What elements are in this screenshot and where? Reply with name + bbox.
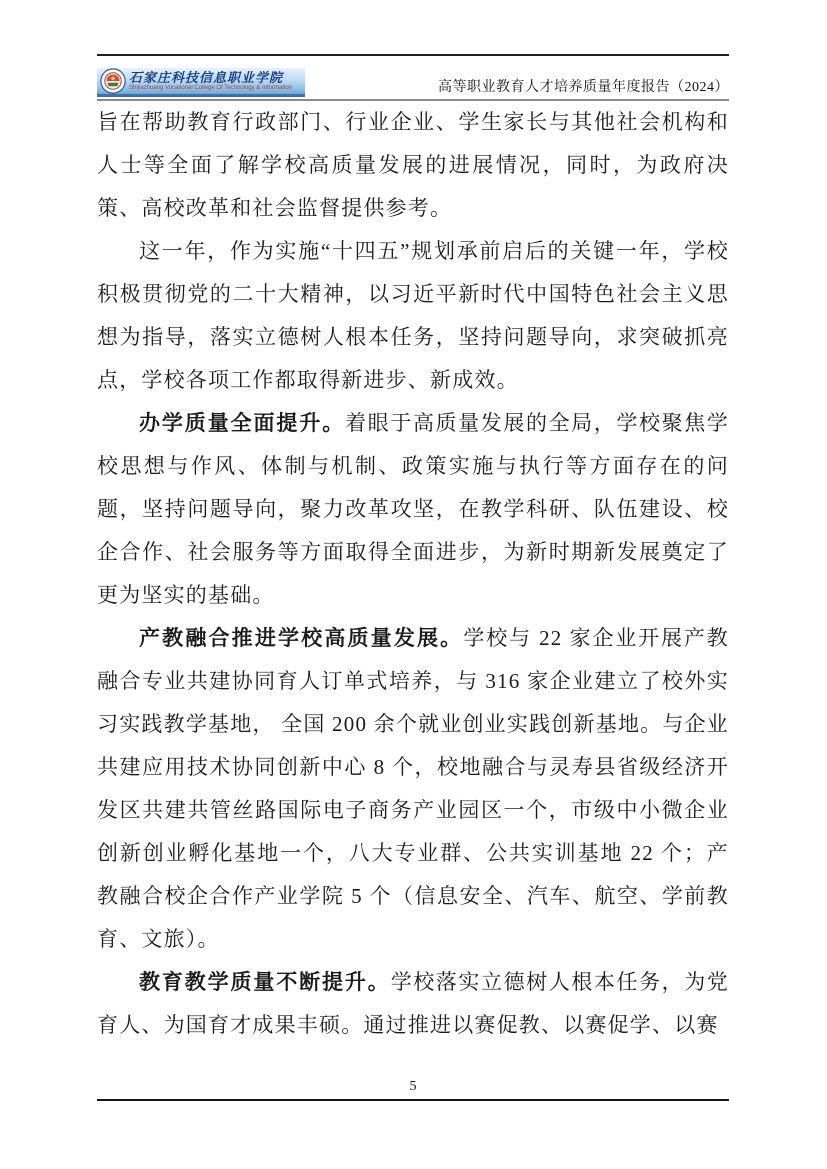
paragraph-lead: 教育教学质量不断提升。	[139, 971, 391, 994]
school-emblem-icon	[100, 68, 126, 94]
school-logo-text: 石家庄科技信息职业学院 Shijiazhuang Vocational Coll…	[129, 71, 292, 91]
paragraph-lead: 办学质量全面提升。	[139, 412, 345, 435]
paragraph: 产教融合推进学校高质量发展。学校与 22 家企业开展产教融合专业共建协同育人订单…	[97, 617, 729, 961]
paragraph: 办学质量全面提升。着眼于高质量发展的全局，学校聚焦学校思想与作风、体制与机制、政…	[97, 402, 729, 617]
document-page: 石家庄科技信息职业学院 Shijiazhuang Vocational Coll…	[0, 0, 827, 1169]
document-body: 旨在帮助教育行政部门、行业企业、学生家长与其他社会机构和人士等全面了解学校高质量…	[97, 101, 729, 1047]
paragraph: 这一年，作为实施“十四五”规划承前启后的关键一年，学校积极贯彻党的二十大精神，以…	[97, 230, 729, 402]
paragraph-lead: 产教融合推进学校高质量发展。	[139, 627, 463, 650]
school-logo: 石家庄科技信息职业学院 Shijiazhuang Vocational Coll…	[97, 68, 305, 97]
paragraph: 教育教学质量不断提升。学校落实立德树人根本任务，为党育人、为国育才成果丰硕。通过…	[97, 961, 729, 1047]
school-name-cn: 石家庄科技信息职业学院	[129, 71, 292, 84]
page-number: 5	[97, 1078, 729, 1096]
report-title: 高等职业教育人才培养质量年度报告（2024）	[438, 76, 729, 96]
page-header: 石家庄科技信息职业学院 Shijiazhuang Vocational Coll…	[97, 54, 729, 101]
paragraph: 旨在帮助教育行政部门、行业企业、学生家长与其他社会机构和人士等全面了解学校高质量…	[97, 101, 729, 230]
page-footer: 5	[97, 1078, 729, 1101]
header-row: 石家庄科技信息职业学院 Shijiazhuang Vocational Coll…	[97, 56, 729, 101]
footer-rule	[97, 1099, 729, 1101]
school-name-en: Shijiazhuang Vocational College Of Techn…	[129, 85, 292, 91]
